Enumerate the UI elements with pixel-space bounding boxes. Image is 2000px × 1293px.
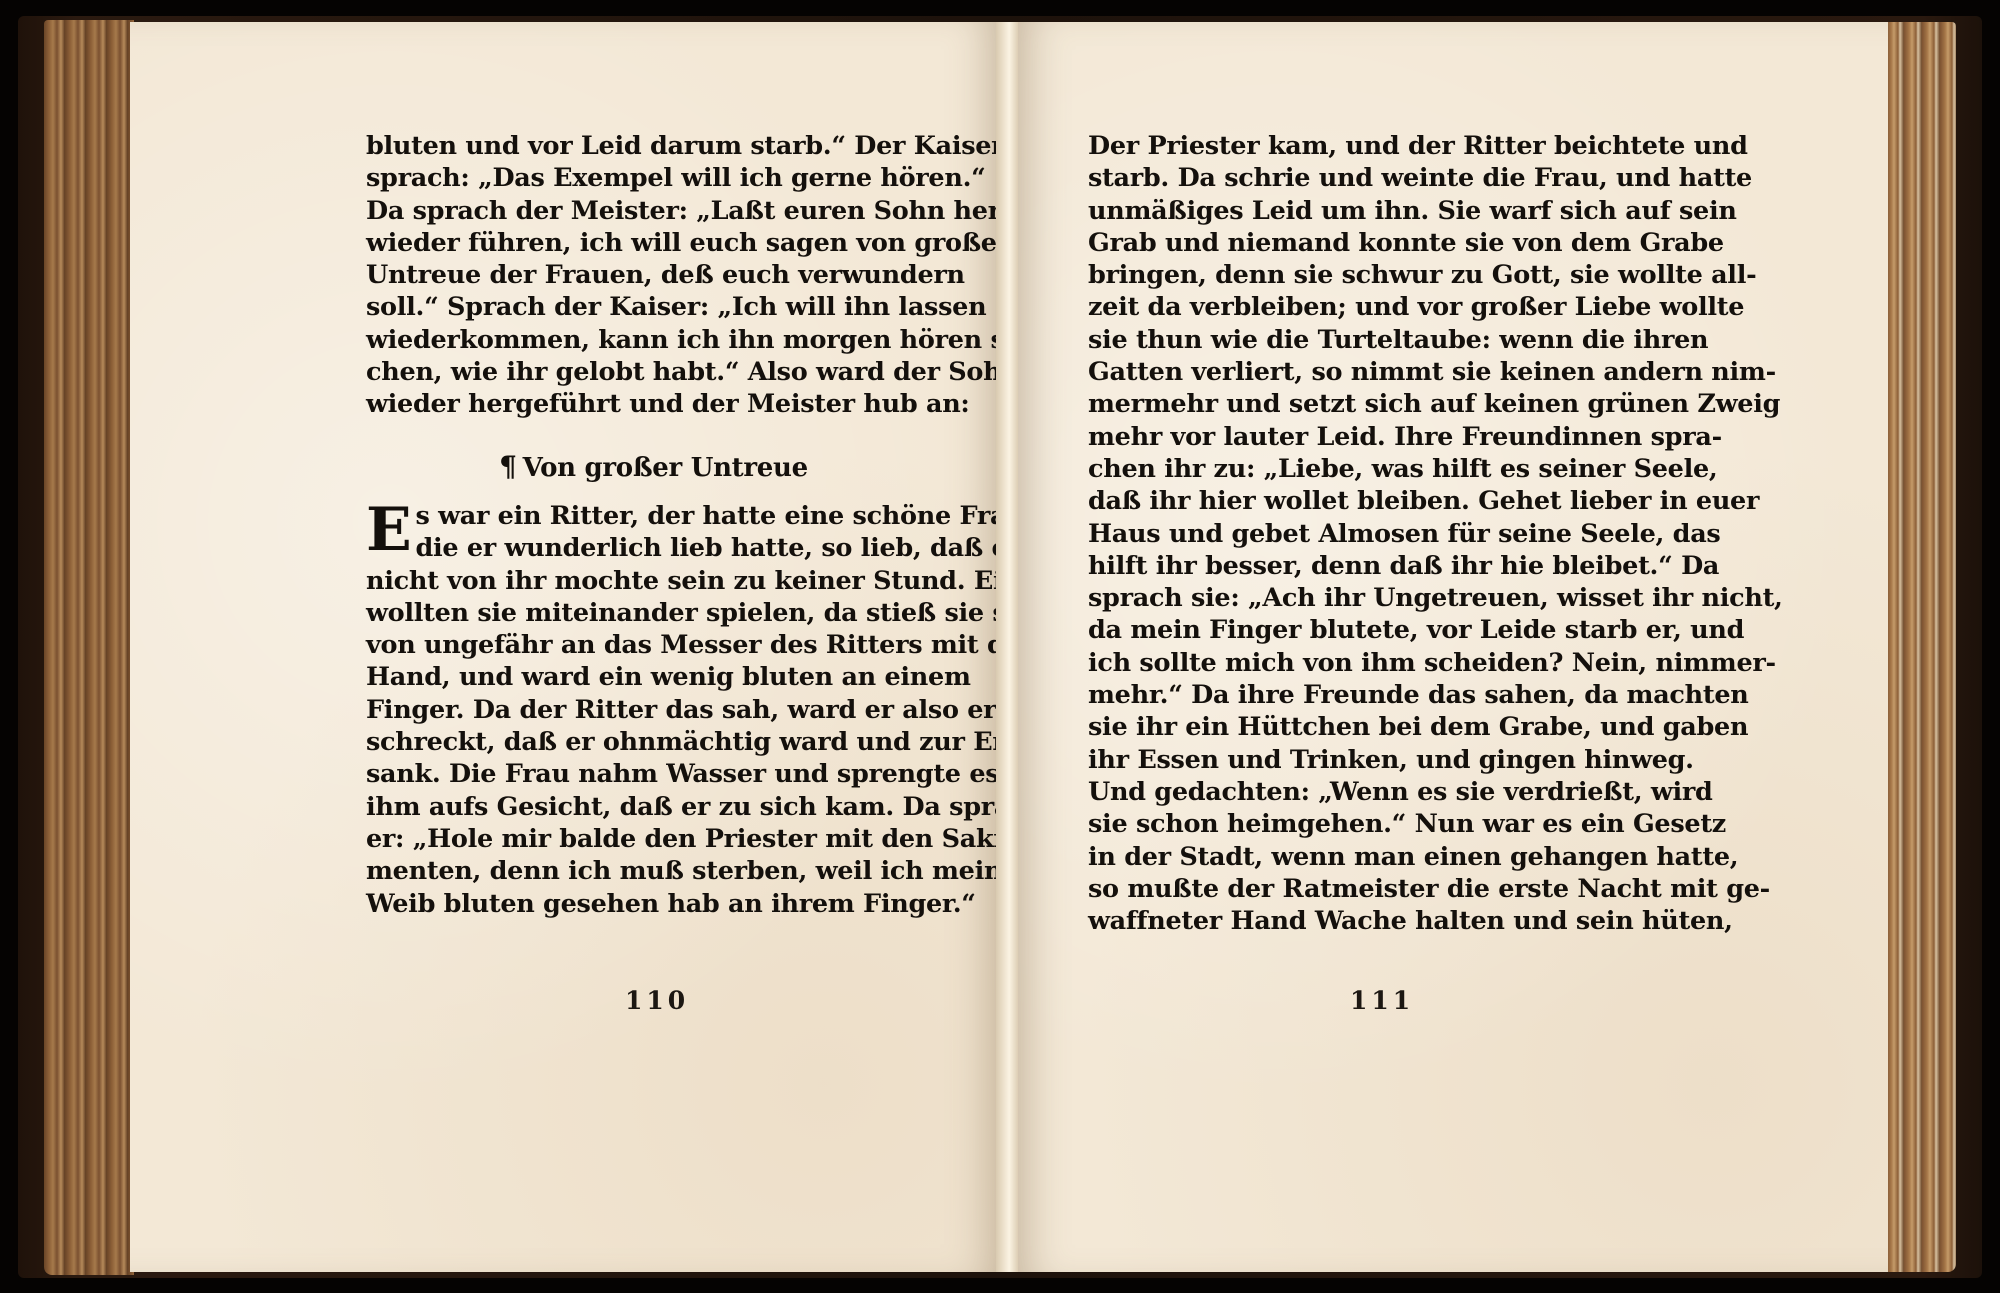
text-line: die er wunderlich lieb hatte, so lieb, d… bbox=[366, 532, 941, 564]
text-line: starb. Da schrie und weinte die Frau, un… bbox=[1088, 162, 1666, 194]
text-line: sie ihr ein Hüttchen bei dem Grabe, und … bbox=[1088, 711, 1666, 743]
text-line: Gatten verliert, so nimmt sie keinen and… bbox=[1088, 356, 1666, 388]
text-line: Finger. Da der Ritter das sah, ward er a… bbox=[366, 694, 941, 726]
text-line: sank. Die Frau nahm Wasser und sprengte … bbox=[366, 758, 941, 790]
text-line: bluten und vor Leid darum starb.“ Der Ka… bbox=[366, 130, 941, 162]
text-line: Da sprach der Meister: „Laßt euren Sohn … bbox=[366, 195, 941, 227]
text-line: Hand, und ward ein wenig bluten an einem bbox=[366, 661, 941, 693]
text-line: menten, denn ich muß sterben, weil ich m… bbox=[366, 855, 941, 887]
paragraph-mark-icon: ¶ bbox=[499, 450, 517, 483]
text-line: chen ihr zu: „Liebe, was hilft es seiner… bbox=[1088, 453, 1666, 485]
text-line: in der Stadt, wenn man einen gehangen ha… bbox=[1088, 841, 1666, 873]
text-line: unmäßiges Leid um ihn. Sie warf sich auf… bbox=[1088, 195, 1666, 227]
text-line: sie schon heimgehen.“ Nun war es ein Ges… bbox=[1088, 808, 1666, 840]
text-line: sie thun wie die Turteltaube: wenn die i… bbox=[1088, 324, 1666, 356]
text-line: sprach: „Das Exempel will ich gerne höre… bbox=[366, 162, 941, 194]
text-line: Weib bluten gesehen hab an ihrem Finger.… bbox=[366, 888, 941, 920]
page-number: 110 bbox=[625, 986, 689, 1015]
text-line: er: „Hole mir balde den Priester mit den… bbox=[366, 823, 941, 855]
text-line: wieder führen, ich will euch sagen von g… bbox=[366, 227, 941, 259]
text-line: schreckt, daß er ohnmächtig ward und zur… bbox=[366, 726, 941, 758]
text-line: waffneter Hand Wache halten und sein hüt… bbox=[1088, 905, 1666, 937]
text-line: ich sollte mich von ihm scheiden? Nein, … bbox=[1088, 647, 1666, 679]
text-line: Grab und niemand konnte sie von dem Grab… bbox=[1088, 227, 1666, 259]
text-line: sprach sie: „Ach ihr Ungetreuen, wisset … bbox=[1088, 582, 1666, 614]
page-number: 111 bbox=[1350, 986, 1414, 1015]
text-line: Der Priester kam, und der Ritter beichte… bbox=[1088, 130, 1666, 162]
text-line: ihr Essen und Trinken, und gingen hinweg… bbox=[1088, 744, 1666, 776]
right-page-edges bbox=[1886, 22, 1956, 1272]
text-line: bringen, denn sie schwur zu Gott, sie wo… bbox=[1088, 259, 1666, 291]
text-line: Haus und gebet Almosen für seine Seele, … bbox=[1088, 518, 1666, 550]
text-line: chen, wie ihr gelobt habt.“ Also ward de… bbox=[366, 356, 941, 388]
left-page-text: bluten und vor Leid darum starb.“ Der Ka… bbox=[366, 130, 941, 920]
section-title: Von großer Untreue bbox=[523, 453, 808, 483]
text-line: daß ihr hier wollet bleiben. Gehet liebe… bbox=[1088, 485, 1666, 517]
text-line: da mein Finger blutete, vor Leide starb … bbox=[1088, 614, 1666, 646]
text-line: mehr vor lauter Leid. Ihre Freundinnen s… bbox=[1088, 421, 1666, 453]
text-line: von ungefähr an das Messer des Ritters m… bbox=[366, 629, 941, 661]
text-line: ihm aufs Gesicht, daß er zu sich kam. Da… bbox=[366, 791, 941, 823]
text-line: wieder hergeführt und der Meister hub an… bbox=[366, 388, 941, 420]
text-line: s war ein Ritter, der hatte eine schöne … bbox=[366, 500, 941, 532]
text-line: hilft ihr besser, denn daß ihr hie bleib… bbox=[1088, 550, 1666, 582]
text-line: wiederkommen, kann ich ihn morgen hören … bbox=[366, 324, 941, 356]
text-line: wollten sie miteinander spielen, da stie… bbox=[366, 597, 941, 629]
left-page-edges bbox=[44, 20, 134, 1275]
text-line: nicht von ihr mochte sein zu keiner Stun… bbox=[366, 565, 941, 597]
book-gutter bbox=[996, 22, 1020, 1272]
text-line: zeit da verbleiben; und vor großer Liebe… bbox=[1088, 291, 1666, 323]
right-page-text: Der Priester kam, und der Ritter beichte… bbox=[1088, 130, 1666, 937]
text-line: soll.“ Sprach der Kaiser: „Ich will ihn … bbox=[366, 291, 941, 323]
text-line: Und gedachten: „Wenn es sie verdrießt, w… bbox=[1088, 776, 1666, 808]
text-line: mehr.“ Da ihre Freunde das sahen, da mac… bbox=[1088, 679, 1666, 711]
text-line: mermehr und setzt sich auf keinen grünen… bbox=[1088, 388, 1666, 420]
text-line: so mußte der Ratmeister die erste Nacht … bbox=[1088, 873, 1666, 905]
text-line: Untreue der Frauen, deß euch verwundern bbox=[366, 259, 941, 291]
left-page: bluten und vor Leid darum starb.“ Der Ka… bbox=[130, 22, 998, 1272]
drop-cap: E bbox=[366, 502, 411, 558]
section-heading: ¶Von großer Untreue bbox=[366, 451, 941, 484]
right-page: Der Priester kam, und der Ritter beichte… bbox=[1018, 22, 1888, 1272]
